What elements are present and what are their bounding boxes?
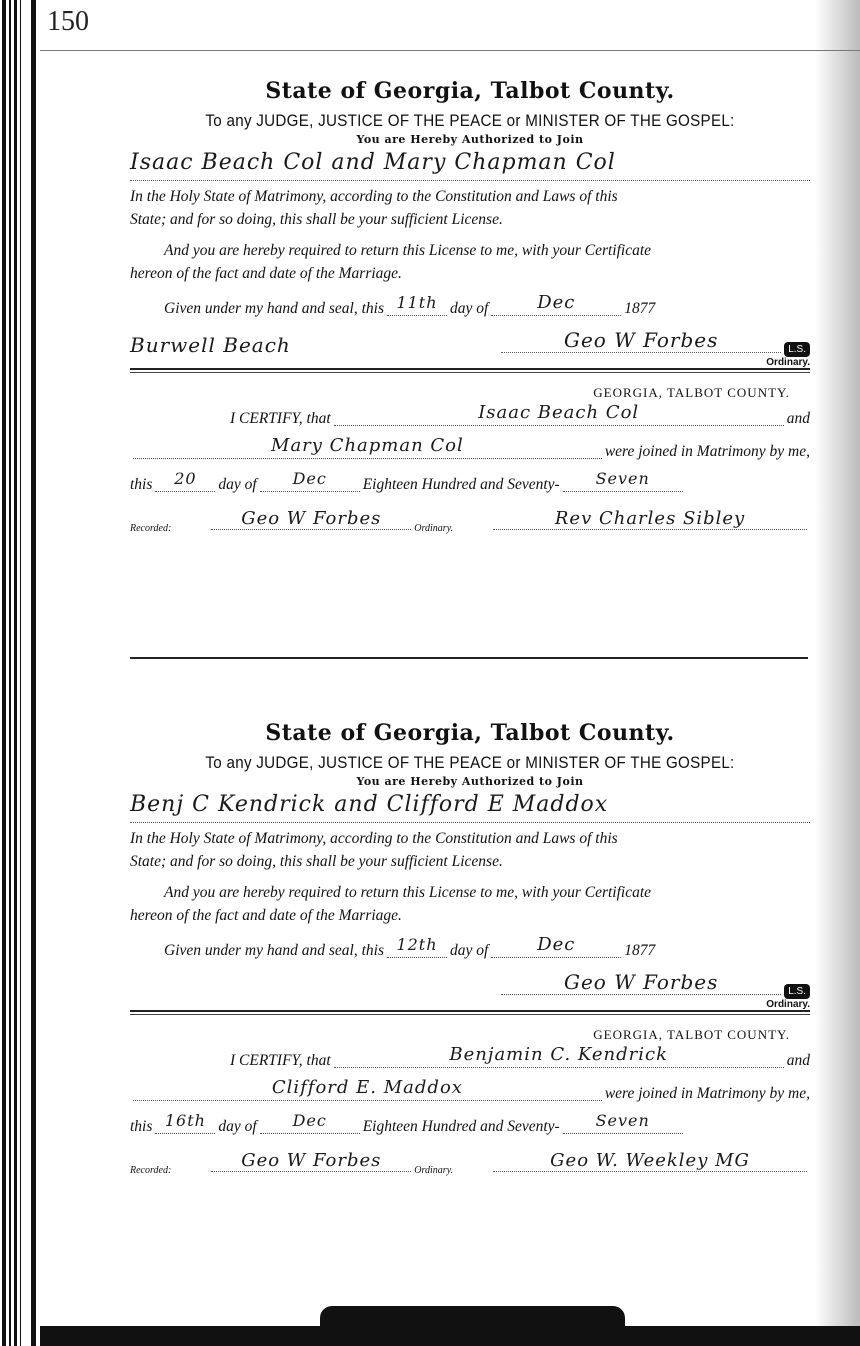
required-text-1: And you are hereby required to return th… xyxy=(130,881,810,904)
parties-handwritten: Isaac Beach Col and Mary Chapman Col xyxy=(130,150,616,175)
joined-label: were joined in Matrimony by me, xyxy=(605,440,810,463)
certify-line: I CERTIFY, that Benjamin C. Kendrick and xyxy=(130,1043,810,1072)
cert-party-1: Isaac Beach Col xyxy=(478,402,639,423)
license-title: State of Georgia, Talbot County. xyxy=(130,78,810,104)
given-year: 1877 xyxy=(624,939,655,962)
top-rule xyxy=(40,50,860,51)
ordinary-signature: Geo W Forbes xyxy=(564,970,718,994)
given-year: 1877 xyxy=(624,297,655,320)
signature-row: Geo W Forbes L.S. xyxy=(130,970,810,999)
certify-label: I CERTIFY, that xyxy=(230,1049,331,1072)
cert-date-line: this 20 day of Dec Eighteen Hundred and … xyxy=(130,467,810,496)
page-edge-shadow xyxy=(815,0,860,1346)
book-clip xyxy=(320,1306,625,1346)
ordinary-label: Ordinary. xyxy=(130,999,810,1010)
eighteen-label: Eighteen Hundred and Seventy- xyxy=(363,1115,560,1138)
this-label: this xyxy=(130,1115,152,1138)
recorded-line: Recorded: Geo W Forbes Ordinary. Geo W. … xyxy=(130,1150,810,1176)
certify-label: I CERTIFY, that xyxy=(230,407,331,430)
authorized-line: You are Hereby Authorized to Join xyxy=(130,133,810,146)
given-month: Dec xyxy=(537,934,575,955)
recorded-signature: Geo W Forbes xyxy=(241,508,381,529)
cert-month: Dec xyxy=(293,1111,327,1130)
day-of-label: day of xyxy=(450,297,488,320)
seal-badge: L.S. xyxy=(784,342,810,357)
ordinary-signature: Geo W Forbes xyxy=(564,328,718,352)
given-month: Dec xyxy=(537,292,575,313)
eighteen-label: Eighteen Hundred and Seventy- xyxy=(363,473,560,496)
given-prefix: Given under my hand and seal, this xyxy=(164,297,384,320)
license-1: State of Georgia, Talbot County. To any … xyxy=(130,78,810,534)
joined-line: Clifford E. Maddox were joined in Matrim… xyxy=(130,1076,810,1105)
certificate-heading: GEORGIA, TALBOT COUNTY. xyxy=(130,1027,790,1043)
cert-year-word: Seven xyxy=(596,469,650,488)
officiant-signature: Rev Charles Sibley xyxy=(555,508,745,529)
matrimony-text-2: State; and for so doing, this shall be y… xyxy=(130,850,810,873)
cert-day: 16th xyxy=(165,1111,206,1130)
joined-line: Mary Chapman Col were joined in Matrimon… xyxy=(130,434,810,463)
given-prefix: Given under my hand and seal, this xyxy=(164,939,384,962)
license-title: State of Georgia, Talbot County. xyxy=(130,720,810,746)
license-2: State of Georgia, Talbot County. To any … xyxy=(130,720,810,1176)
seal-badge: L.S. xyxy=(784,984,810,999)
day-of-label: day of xyxy=(450,939,488,962)
recorded-label: Recorded: xyxy=(130,523,171,534)
and-label: and xyxy=(787,1049,810,1072)
required-text-1: And you are hereby required to return th… xyxy=(130,239,810,262)
cert-party-1: Benjamin C. Kendrick xyxy=(449,1044,668,1065)
cert-year-word: Seven xyxy=(596,1111,650,1130)
joined-label: were joined in Matrimony by me, xyxy=(605,1082,810,1105)
authorized-line: You are Hereby Authorized to Join xyxy=(130,775,810,788)
parties-line: Benj C Kendrick and Clifford E Maddox xyxy=(130,792,810,823)
day-of-label: day of xyxy=(218,1115,256,1138)
license-rule xyxy=(130,368,810,373)
day-of-label: day of xyxy=(218,473,256,496)
matrimony-text-1: In the Holy State of Matrimony, accordin… xyxy=(130,827,810,850)
recorded-line: Recorded: Geo W Forbes Ordinary. Rev Cha… xyxy=(130,508,810,534)
ordinary-lower-label: Ordinary. xyxy=(414,1165,453,1176)
ordinary-label: Ordinary. xyxy=(130,357,810,368)
certify-line: I CERTIFY, that Isaac Beach Col and xyxy=(130,401,810,430)
signature-row: Burwell Beach Geo W Forbes L.S. xyxy=(130,328,810,357)
cert-month: Dec xyxy=(293,469,327,488)
required-text-2: hereon of the fact and date of the Marri… xyxy=(130,262,810,285)
parties-line: Isaac Beach Col and Mary Chapman Col xyxy=(130,150,810,181)
matrimony-text-2: State; and for so doing, this shall be y… xyxy=(130,208,810,231)
page-number: 150 xyxy=(47,6,89,38)
book-spine xyxy=(0,0,40,1346)
cert-day: 20 xyxy=(174,469,196,488)
section-divider xyxy=(130,657,808,659)
address-line: To any JUDGE, JUSTICE OF THE PEACE or MI… xyxy=(157,112,783,131)
cert-party-2: Mary Chapman Col xyxy=(271,435,464,456)
license-rule xyxy=(130,1010,810,1015)
officiant-signature: Geo W. Weekley MG xyxy=(550,1150,750,1171)
parties-handwritten: Benj C Kendrick and Clifford E Maddox xyxy=(130,792,608,817)
ordinary-lower-label: Ordinary. xyxy=(414,523,453,534)
given-day: 12th xyxy=(396,935,437,954)
cert-party-2: Clifford E. Maddox xyxy=(272,1077,463,1098)
recorded-label: Recorded: xyxy=(130,1165,171,1176)
and-label: and xyxy=(787,407,810,430)
required-text-2: hereon of the fact and date of the Marri… xyxy=(130,904,810,927)
given-line: Given under my hand and seal, this 11th … xyxy=(130,291,810,320)
address-line: To any JUDGE, JUSTICE OF THE PEACE or MI… xyxy=(157,754,783,773)
given-day: 11th xyxy=(396,293,437,312)
cert-date-line: this 16th day of Dec Eighteen Hundred an… xyxy=(130,1109,810,1138)
certificate-heading: GEORGIA, TALBOT COUNTY. xyxy=(130,385,790,401)
given-line: Given under my hand and seal, this 12th … xyxy=(130,933,810,962)
matrimony-text-1: In the Holy State of Matrimony, accordin… xyxy=(130,185,810,208)
this-label: this xyxy=(130,473,152,496)
recorded-signature: Geo W Forbes xyxy=(241,1150,381,1171)
witness-signature: Burwell Beach xyxy=(130,333,291,357)
